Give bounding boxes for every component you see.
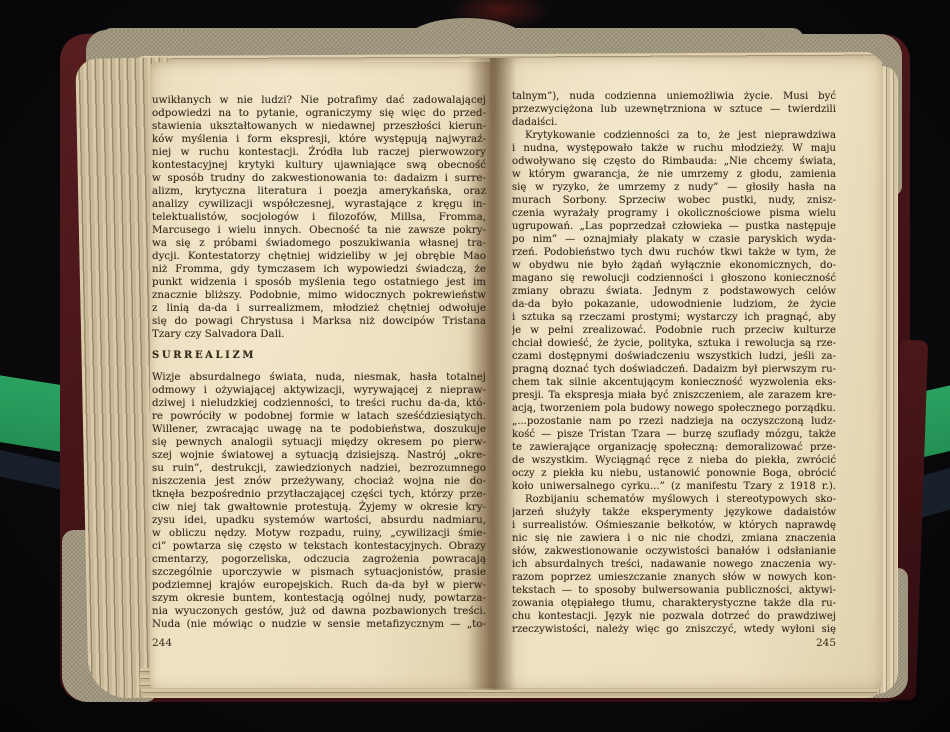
text-line: Rozbijaniu schematów myślowych i stereot… — [512, 493, 836, 506]
text-line: czami dostępnymi doświadczeniu wszystkic… — [512, 350, 836, 363]
text-line: re powróciły w podobnej formie w latach … — [152, 410, 486, 423]
text-line: z linią da-da i surrealizmem, młodzież c… — [152, 302, 486, 315]
text-line: w którym gwarancja, że nie umrzemy z gło… — [512, 168, 836, 181]
text-line: ich absurdalnych treści, nadawanie noweg… — [512, 558, 836, 571]
text-line: analizy cywilizacji współczesnej, wyrast… — [152, 198, 486, 211]
text-line: chu kontestacji. Język nie pozwala dotrz… — [512, 610, 836, 623]
text-line: „...pozostanie nam po rzezi nadzieja na … — [512, 415, 836, 428]
text-line: się w ryzyko, że umrzemy z nudy” — głosi… — [512, 181, 836, 194]
text-line: tekstach — to sposoby bulwersowania publ… — [512, 584, 836, 597]
section-heading: SURREALIZM — [152, 349, 486, 362]
text-line: pragną doznać tych doświadczeń. Dadaizm … — [512, 363, 836, 376]
text-line: i surrealistów. Ośmieszanie bełkotów, w … — [512, 519, 836, 532]
text-line: kontestacyjnej krytyki kultury ujawniają… — [152, 159, 486, 172]
text-line: Tzary czy Salvadora Dali. — [152, 328, 486, 341]
text-line: ugrupowań. „Las poprzedzał człowieka — p… — [512, 220, 836, 233]
photo-background: uwikłanych w nie ludzi? Nie potrafimy da… — [0, 0, 950, 732]
text-line: odwoływano się często do Rimbauda: „Nie … — [512, 155, 836, 168]
paragraph: Krytykowanie codzienności za to, że jest… — [512, 129, 836, 493]
text-line: w obydwu nie było żądań wyłącznie ekonom… — [512, 259, 836, 272]
text-line: zmiany obrazu świata. Jednym z podstawow… — [512, 285, 836, 298]
page-number-left: 244 — [152, 637, 172, 649]
text-line: i sztuka są rzeczami prostymi; wystarczy… — [512, 311, 836, 324]
text-line: odpowiedzi na to pytanie, ograniczymy si… — [152, 107, 486, 120]
text-line: tknęła bezpośrednio przytłaczającej częś… — [152, 488, 486, 501]
text-line: i nudna, występowało także w ruchu młodz… — [512, 142, 836, 155]
text-line: Wizje absurdalnego świata, nuda, niesmak… — [152, 371, 486, 384]
text-line: zowania otępiałego tłumu, charakterystyc… — [512, 597, 836, 610]
text-line: murach Sorbony. Sprzeciw wobec pustki, n… — [512, 194, 836, 207]
text-line: wa się z próbami świadomego poszukiwania… — [152, 237, 486, 250]
text-line: po nim” — oznajmiały plakaty w czasie pa… — [512, 233, 836, 246]
text-line: talnym”), nuda codzienna uniemożliwia ży… — [512, 90, 836, 103]
text-line: acją, tworzeniem pola budowy nowego społ… — [512, 402, 836, 415]
text-line: przezwyciężona lub uzewnętrzniona w sztu… — [512, 103, 836, 116]
text-line: uwikłanych w nie ludzi? Nie potrafimy da… — [152, 94, 486, 107]
text-line: da-da było pokazanie, udowodnienie ludzi… — [512, 298, 836, 311]
text-line: de wszystkim. Wyciągnąć ręce z nieba do … — [512, 454, 836, 467]
text-line: Krytykowanie codzienności za to, że jest… — [512, 129, 836, 142]
text-line: odmowy i ożywiającej aktywizacji, wyrywa… — [152, 384, 486, 397]
text-line: Nuda (nie mówiąc o nudzie w sensie metaf… — [152, 618, 486, 631]
text-line: dycji. Kontestatorzy chętniej widzieliby… — [152, 250, 486, 263]
text-line: dadaiści. — [512, 116, 836, 129]
text-line: oczy z piekła ku niebu, ustanowić ponown… — [512, 467, 836, 480]
text-line: niszczenia jest znów przeżywany, chociaż… — [152, 475, 486, 488]
paragraph: Wizje absurdalnego świata, nuda, niesmak… — [152, 371, 486, 631]
text-line: podziemnej krajów europejskich. Ruch da-… — [152, 579, 486, 592]
paragraph: uwikłanych w nie ludzi? Nie potrafimy da… — [152, 94, 486, 341]
text-line: niej w ruchu kontestacji. Źródła lub rac… — [152, 146, 486, 159]
left-page-text: uwikłanych w nie ludzi? Nie potrafimy da… — [152, 94, 486, 631]
text-line: słów, zakwestionowanie oczywistości bana… — [512, 545, 836, 558]
paragraph: Rozbijaniu schematów myślowych i stereot… — [512, 493, 836, 636]
text-line: szym okresie buntem, kontestacją ogólnej… — [152, 592, 486, 605]
text-line: telektualistów, socjologów i filozofów, … — [152, 211, 486, 224]
text-line: je w pełni zrealizować. Podobnie ruch pr… — [512, 324, 836, 337]
text-line: chem tak silnie akcentującym konieczność… — [512, 376, 836, 389]
text-line: punkt widzenia i sposób myślenia tego os… — [152, 276, 486, 289]
text-line: ciw niej tak gwałtownie protestują. Żyje… — [152, 501, 486, 514]
text-line: Willener, zwracając uwagę na te podobień… — [152, 423, 486, 436]
text-line: nic się nie zawiera i o nic nie chodzi, … — [512, 532, 836, 545]
text-line: zysu idei, upadku systemów wartości, abs… — [152, 514, 486, 527]
text-line: nia wyuczonych gestów, już od dawna pozb… — [152, 605, 486, 618]
text-line: dziwej i nieludzkiej codzienności, to tr… — [152, 397, 486, 410]
page-number-right: 245 — [512, 637, 836, 649]
text-line: szczególnie uporczywie w pismach sytuacj… — [152, 566, 486, 579]
text-line: su ruin”, destrukcji, zawiedzionych nadz… — [152, 462, 486, 475]
text-line: się do powagi Chrystusa i Marksa niż dow… — [152, 315, 486, 328]
text-line: kość — pisze Tristan Tzara — burzę szufl… — [512, 428, 836, 441]
text-line: w obliczu nędzy. Motyw rozpadu, ruiny, „… — [152, 527, 486, 540]
text-line: te zawierające organizację społeczną: de… — [512, 441, 836, 454]
text-line: znacznie bliższy. Podobnie, mimo widoczn… — [152, 289, 486, 302]
text-line: chciał dowieść, że życie, polityka, sztu… — [512, 337, 836, 350]
paragraph: talnym”), nuda codzienna uniemożliwia ży… — [512, 90, 836, 129]
text-line: ków myślenia i form ekspresji, które wys… — [152, 133, 486, 146]
text-line: się pewnych analogii sytuacji między okr… — [152, 436, 486, 449]
text-line: jarzeń służyły także eksperymenty języko… — [512, 506, 836, 519]
text-line: niż Fromma, gdy tymczasem ich wypowiedzi… — [152, 263, 486, 276]
text-line: alizm, krytyczna literatura i poezja ame… — [152, 185, 486, 198]
text-line: koło uniwersalnego cyrku...” (z manifest… — [512, 480, 836, 493]
right-page-text: talnym”), nuda codzienna uniemożliwia ży… — [512, 90, 836, 636]
text-line: magano się rewolucji codzienności i głos… — [512, 272, 836, 285]
text-line: presji. Ta ekspresja miała być zniszczen… — [512, 389, 836, 402]
text-line: stawienia ukształtowanych w niedawnej pr… — [152, 120, 486, 133]
text-line: w sposób trudny do zakwestionowania to: … — [152, 172, 486, 185]
text-line: szej wojnie światowej a sytuacją dzisiej… — [152, 449, 486, 462]
text-line: rzeczywistości, należy więc go zniszczyć… — [512, 623, 836, 636]
text-line: ci” powtarza się często w tekstach konte… — [152, 540, 486, 553]
text-line: razom poprzez umieszczanie znanych słów … — [512, 571, 836, 584]
text-line: cmentarzy, pogorzeliska, odczucia zagroż… — [152, 553, 486, 566]
text-line: czenia wyrażały programy i okolicznościo… — [512, 207, 836, 220]
text-line: rzeń. Podobieństwo tych dwu ruchów tkwi … — [512, 246, 836, 259]
text-line: Marcusego i wielu innych. Obecność ta ni… — [152, 224, 486, 237]
